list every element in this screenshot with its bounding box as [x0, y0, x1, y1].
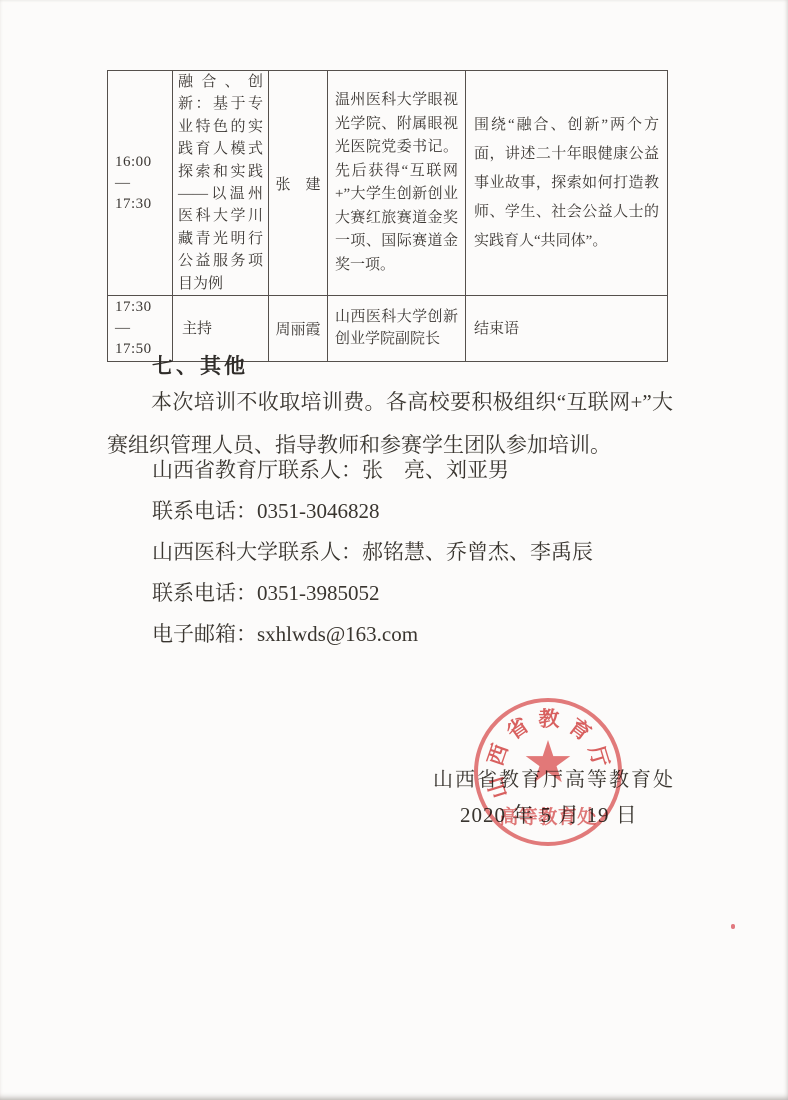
signature-date: 2020 年 5 月 19 日 [460, 799, 638, 829]
speaker-description: 山西医科大学创新创业学院副院长 [328, 296, 466, 362]
signature-organization: 山西省教育厅高等教育处 [433, 763, 675, 792]
seal-arc-char: 教 [538, 709, 560, 731]
speaker-description: 温州医科大学眼视光学院、附属眼视光医院党委书记。先后获得“互联网+”大学生创新创… [328, 71, 466, 296]
contact-line: 山西省教育厅联系人：张 亮、刘亚男 [152, 450, 672, 491]
session-speaker: 周丽霞 [269, 296, 328, 362]
session-time: 16:00 — 17:30 [108, 71, 173, 296]
seal-arc-char: 育 [564, 715, 595, 746]
session-speaker: 张 建 [269, 71, 328, 296]
seal-arc-char: 省 [503, 714, 534, 745]
scanned-document-page: 16:00 — 17:30 融合、创新：基于专业特色的实践育人模式探索和实践——… [0, 0, 788, 1100]
section-heading: 七、其他 [152, 350, 248, 380]
contact-info-block: 山西省教育厅联系人：张 亮、刘亚男 联系电话：0351-3046828 山西医科… [152, 450, 672, 655]
schedule-table: 16:00 — 17:30 融合、创新：基于专业特色的实践育人模式探索和实践——… [107, 70, 668, 362]
contact-line: 联系电话：0351-3046828 [152, 491, 672, 532]
table-row: 16:00 — 17:30 融合、创新：基于专业特色的实践育人模式探索和实践——… [108, 71, 668, 296]
contact-line: 联系电话：0351-3985052 [152, 573, 672, 614]
contact-line: 电子邮箱：sxhlwds@163.com [152, 614, 672, 655]
session-summary: 结束语 [466, 296, 668, 362]
session-summary: 围绕“融合、创新”两个方面，讲述二十年眼健康公益事业故事，探索如何打造教师、学生… [466, 71, 668, 296]
contact-line: 山西医科大学联系人：郝铭慧、乔曾杰、李禹辰 [152, 532, 672, 573]
ink-speck [731, 924, 735, 929]
session-topic: 融合、创新：基于专业特色的实践育人模式探索和实践——以温州医科大学川藏青光明行公… [173, 71, 269, 296]
